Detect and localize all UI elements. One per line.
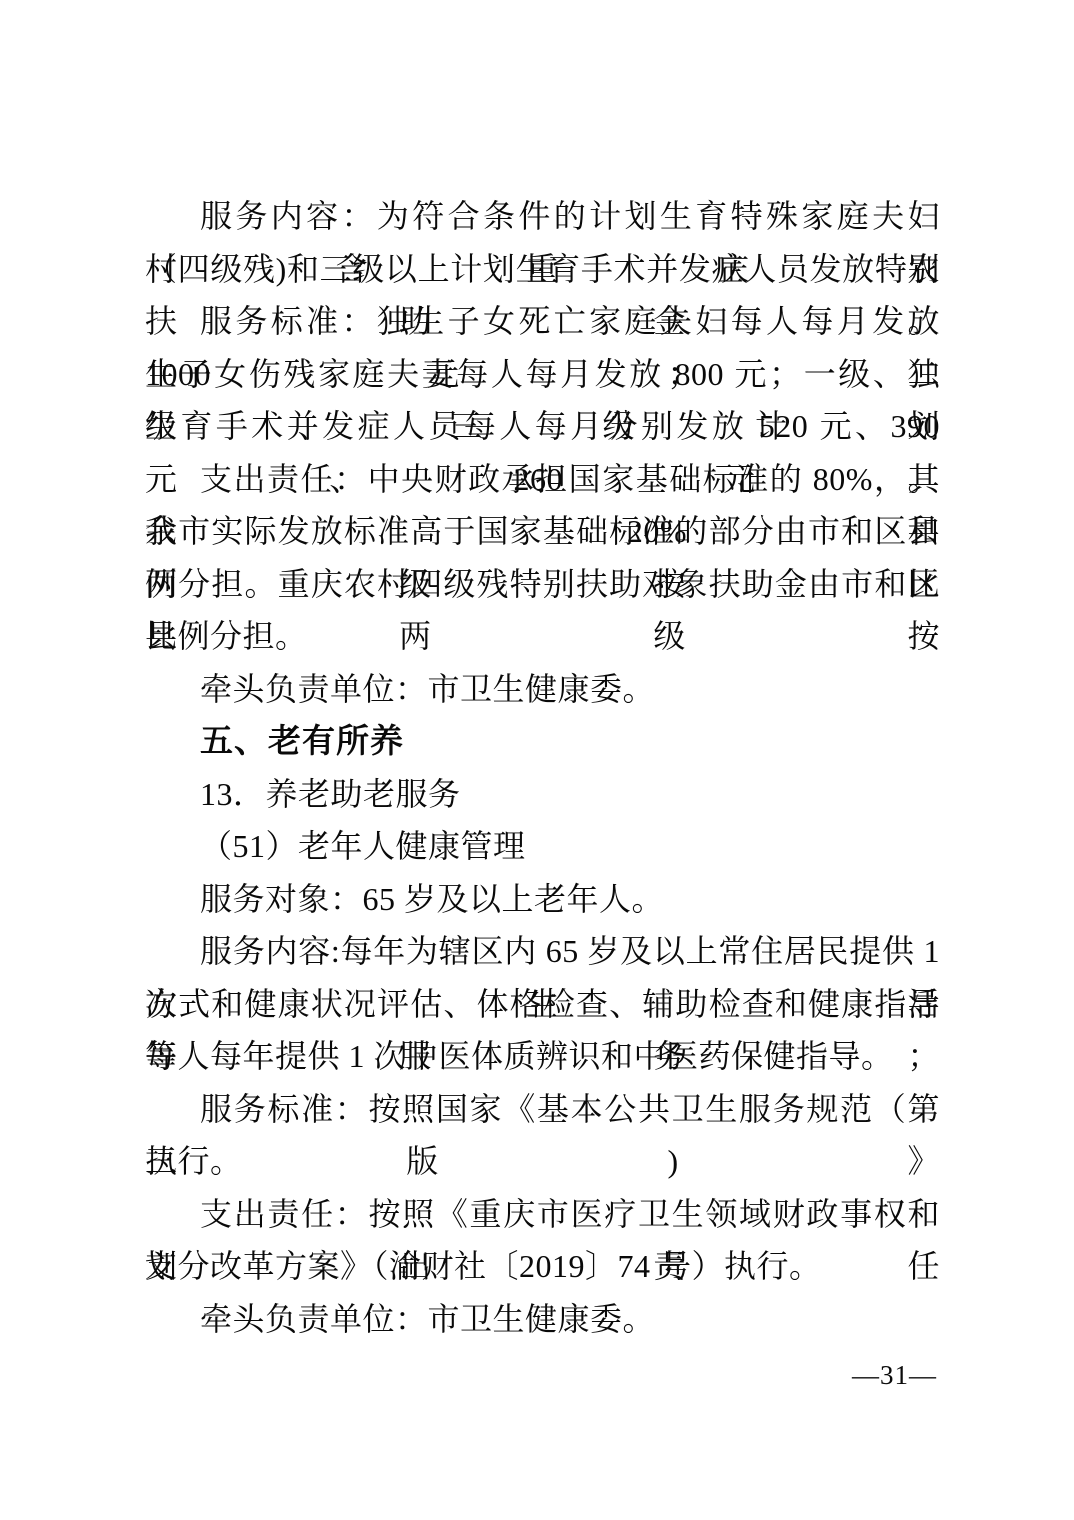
document-body: 服务内容：为符合条件的计划生育特殊家庭夫妇（含重庆农 村四级残)和三级以上计划生…: [145, 190, 940, 1345]
text-line: 服务标准：独生子女死亡家庭夫妇每人每月发放 1000 元；独: [145, 295, 940, 348]
text-line: 服务标准：按照国家《基本公共卫生服务规范（第三版)》: [145, 1083, 940, 1136]
text-line: 生子女伤残家庭夫妻每人每月发放 800 元；一级、二级、三级计划: [145, 348, 940, 401]
text-line: 服务内容:每年为辖区内 65 岁及以上常住居民提供 1 次生活: [145, 925, 940, 978]
text-line: 牵头负责单位：市卫生健康委。: [145, 1293, 940, 1346]
text-line: 每人每年提供 1 次中医体质辨识和中医药保健指导。: [145, 1030, 940, 1083]
page-number: —31—: [852, 1360, 937, 1391]
text-line: 生育手术并发症人员每人每月分别发放 520 元、390 元、260 元。: [145, 400, 940, 453]
text-line: 我市实际发放标准高于国家基础标准的部分由市和区县两级按比: [145, 505, 940, 558]
text-line: 服务对象：65 岁及以上老年人。: [145, 873, 940, 926]
subsection-title: 13．养老助老服务: [145, 768, 940, 821]
item-title: （51）老年人健康管理: [145, 820, 940, 873]
text-line: 村四级残)和三级以上计划生育手术并发症人员发放特别扶助金。: [145, 243, 940, 296]
section-heading: 五、老有所养: [145, 715, 940, 768]
document-page: 服务内容：为符合条件的计划生育特殊家庭夫妇（含重庆农 村四级残)和三级以上计划生…: [0, 0, 1074, 1520]
text-line: 划分改革方案》（渝财社〔2019〕74 号）执行。: [145, 1240, 940, 1293]
text-line: 牵头负责单位：市卫生健康委。: [145, 663, 940, 716]
text-line: 支出责任：按照《重庆市医疗卫生领域财政事权和支出责任: [145, 1188, 940, 1241]
text-line: 支出责任：中央财政承担国家基础标准的 80%，其余 20%和: [145, 453, 940, 506]
text-line: 例分担。重庆农村四级残特别扶助对象扶助金由市和区县两级按: [145, 558, 940, 611]
text-line: 方式和健康状况评估、体格检查、辅助检查和健康指导等服务；: [145, 978, 940, 1031]
text-line: 服务内容：为符合条件的计划生育特殊家庭夫妇（含重庆农: [145, 190, 940, 243]
